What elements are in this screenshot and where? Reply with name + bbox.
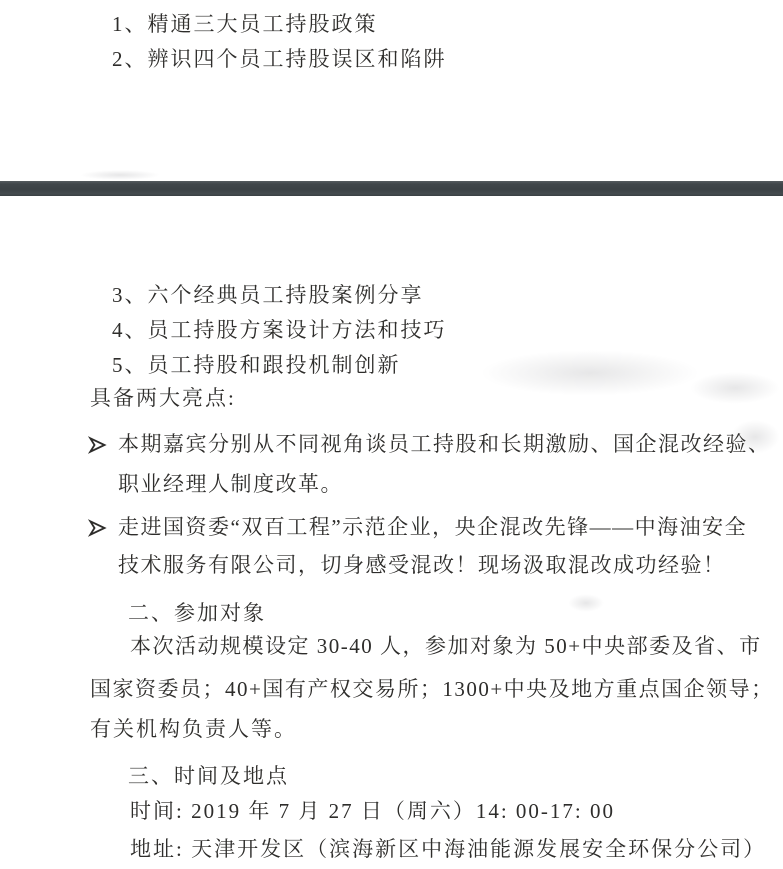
document-page-view: { "colors": { "page_background": "#fffff… [0,0,783,869]
numbered-item-1: 1、精通三大员工持股政策 [112,12,378,36]
section-heading-time-place: 三、时间及地点 [128,764,289,788]
highlights-heading: 具备两大亮点: [90,386,236,410]
numbered-item-5: 5、员工持股和跟投机制创新 [112,353,401,377]
section-heading-participants: 二、参加对象 [128,601,266,625]
numbered-item-2: 2、辨识四个员工持股误区和陷阱 [112,47,447,71]
address-line: 地址: 天津开发区（滨海新区中海油能源发展安全环保分公司） [130,837,766,861]
numbered-item-4: 4、员工持股方案设计方法和技巧 [112,318,447,342]
participants-paragraph-line1: 本次活动规模设定 30-40 人，参加对象为 50+中央部委及省、市 [130,634,762,658]
highlight-bullet2-line1: 走进国资委“双百工程”示范企业，央企混改先锋——中海油安全 [118,515,747,539]
participants-paragraph-line3: 有关机构负责人等。 [90,717,297,741]
highlight-bullet2-line2: 技术服务有限公司，切身感受混改！现场汲取混改成功经验！ [118,553,726,577]
scan-artifact [80,170,160,180]
scan-artifact [568,594,604,612]
scan-artifact [690,372,780,404]
highlight-bullet1-line1: 本期嘉宾分别从不同视角谈员工持股和长期激励、国企混改经验、 [118,432,771,456]
scan-artifact [480,350,700,396]
arrow-bullet-icon [87,435,107,455]
numbered-item-3: 3、六个经典员工持股案例分享 [112,283,424,307]
page-separator [0,181,783,196]
time-line: 时间: 2019 年 7 月 27 日（周六）14: 00-17: 00 [130,799,615,823]
participants-paragraph-line2: 国家资委员；40+国有产权交易所；1300+中央及地方重点国企领导； [90,677,774,701]
arrow-bullet-icon [87,518,107,538]
highlight-bullet1-line2: 职业经理人制度改革。 [118,472,343,496]
